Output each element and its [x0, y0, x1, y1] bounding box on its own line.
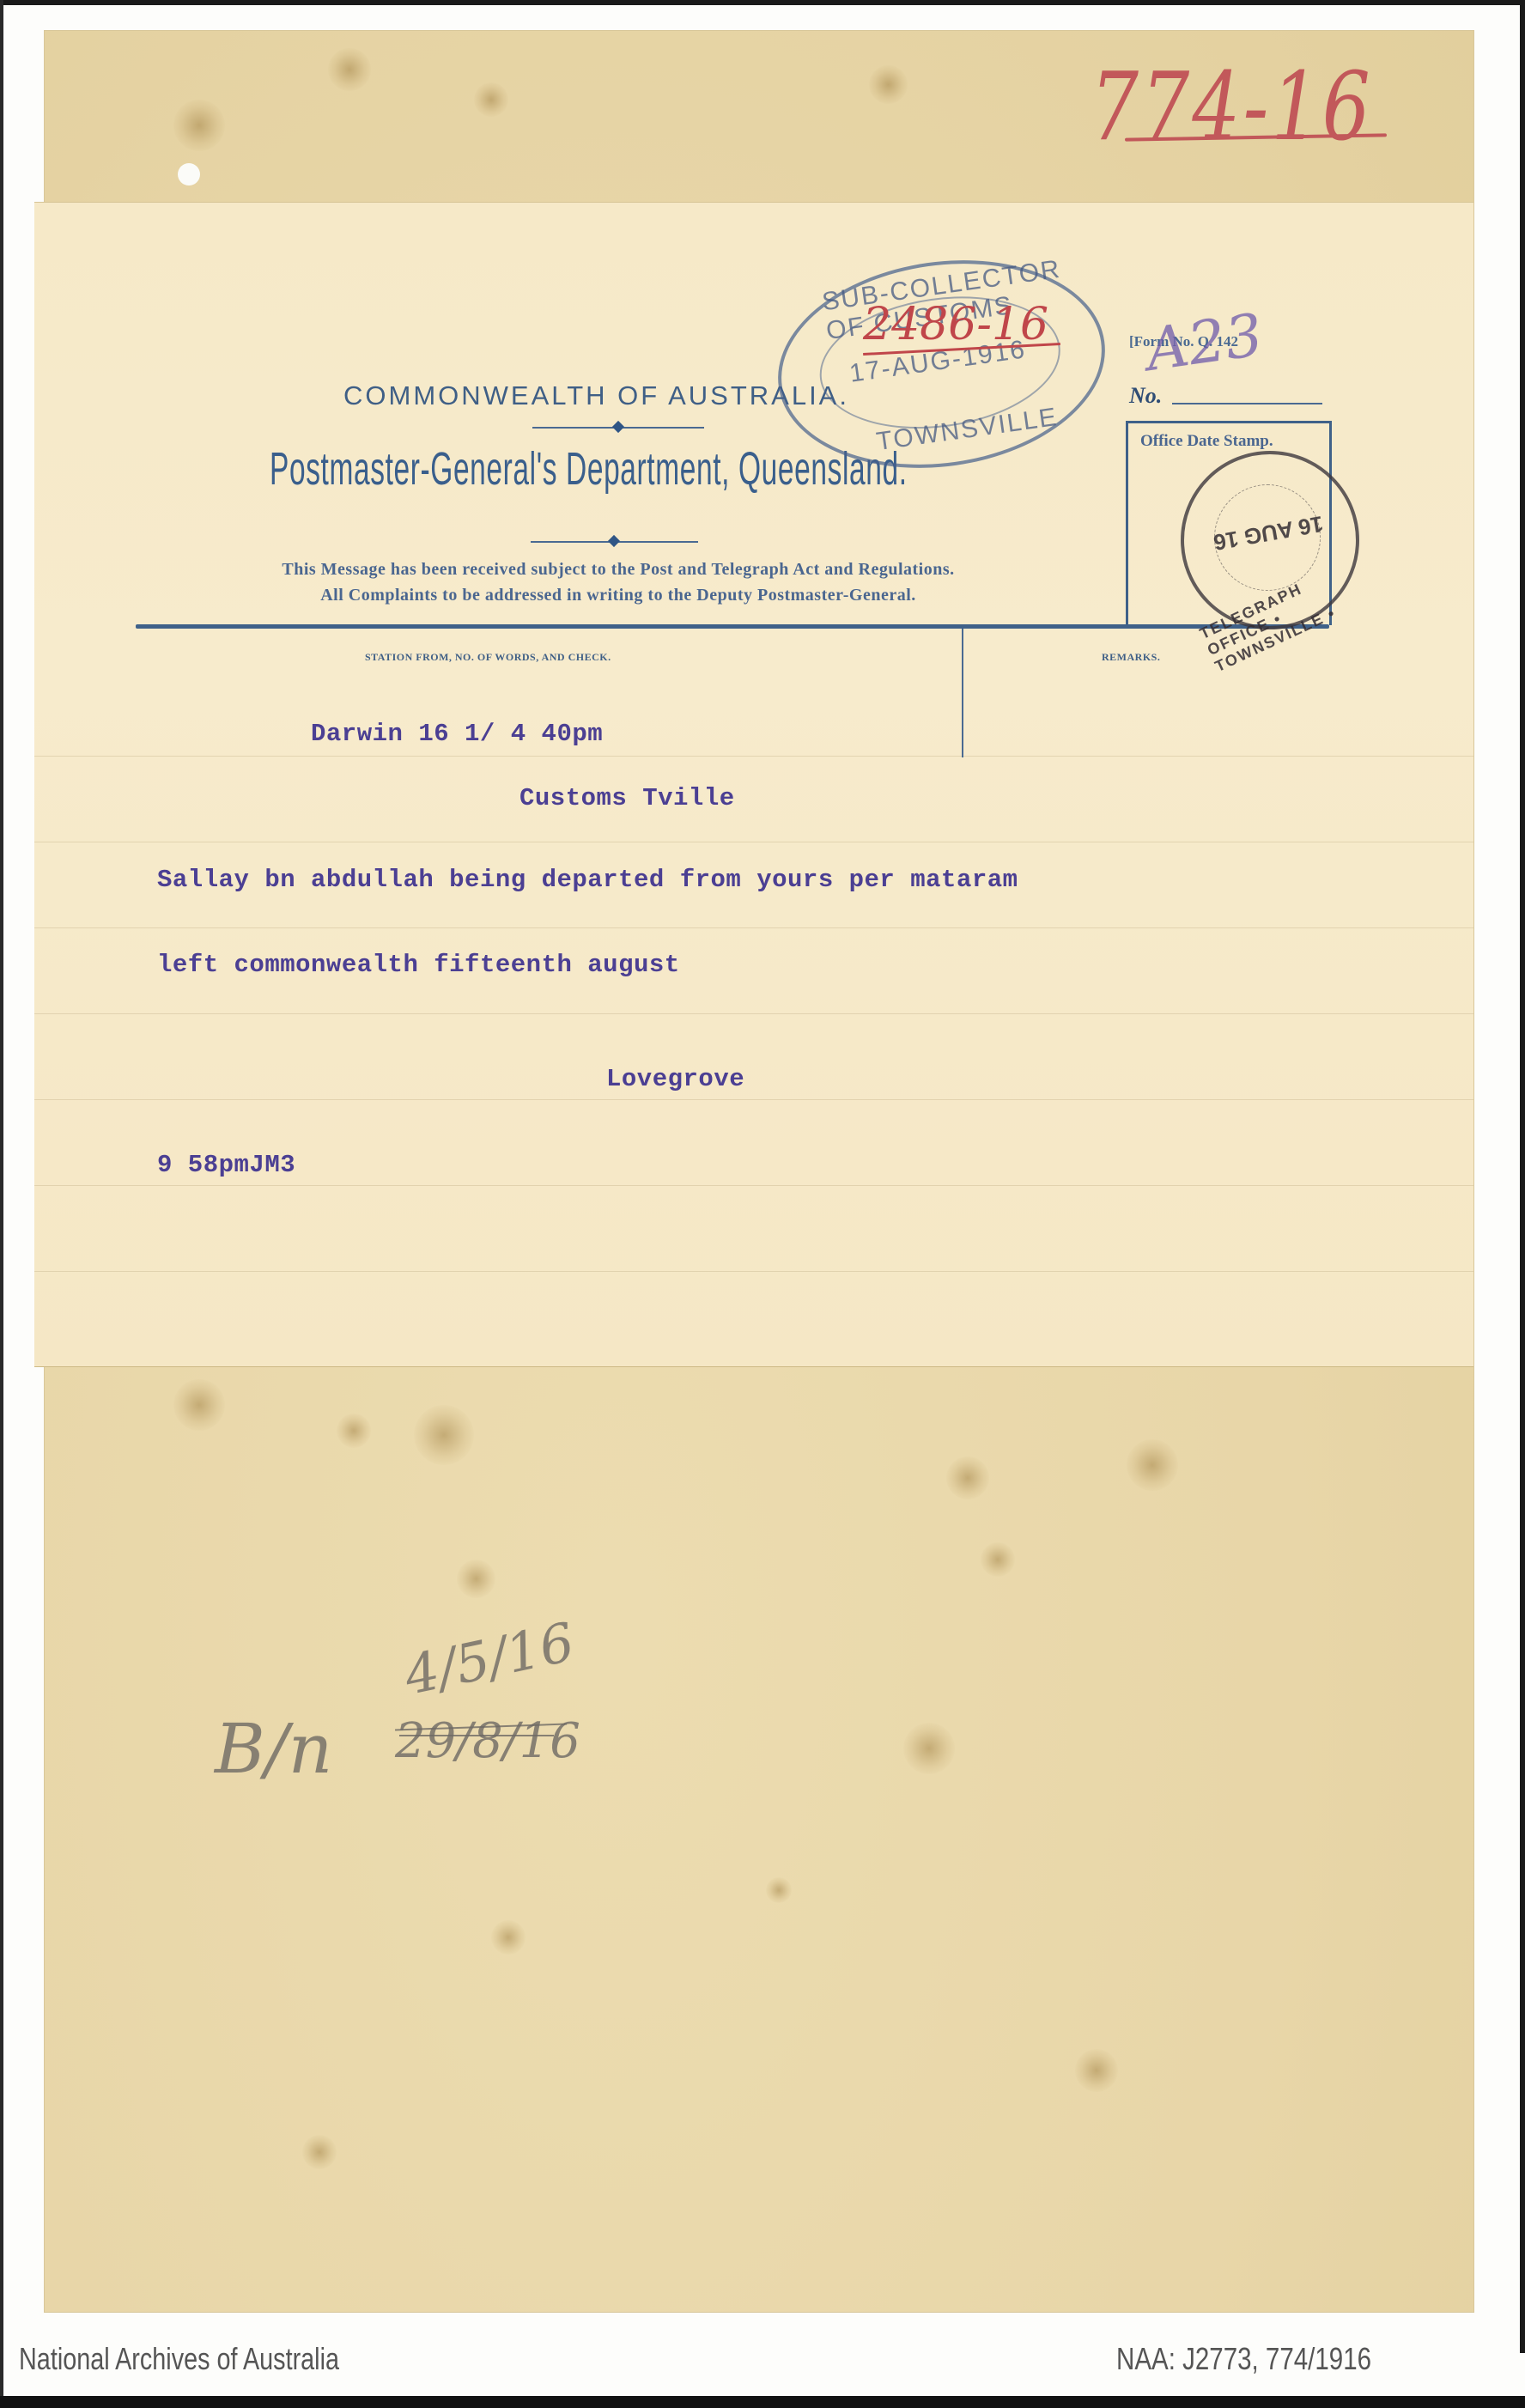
office-date-stamp-label: Office Date Stamp.: [1140, 432, 1273, 451]
message-body-line-2: left commonwealth fifteenth august: [157, 951, 680, 979]
scan-frame-bottom: [0, 2396, 1525, 2408]
received-time: 9 58pmJM3: [157, 1151, 295, 1179]
pencil-strikethrough: [399, 1735, 554, 1736]
ruled-line: [34, 842, 1473, 842]
station-column-header: STATION FROM, NO. OF WORDS, AND CHECK.: [365, 651, 611, 664]
punch-hole: [178, 163, 200, 185]
archive-citation: NAA: J2773, 774/1916: [1116, 2341, 1371, 2377]
customs-handwritten-number: 2486-16: [863, 299, 1048, 350]
form-country-heading: COMMONWEALTH OF AUSTRALIA.: [343, 380, 849, 411]
ruled-line: [34, 1099, 1473, 1100]
station-line: Darwin 16 1/ 4 40pm: [311, 720, 603, 748]
column-divider: [962, 629, 963, 757]
ornamental-separator: [532, 427, 704, 429]
form-department-heading: Postmaster-General's Department, Queensl…: [270, 442, 908, 496]
pencil-initials: B/n: [215, 1709, 332, 1789]
archive-name: National Archives of Australia: [19, 2341, 339, 2377]
no-fill-line: [1172, 403, 1322, 404]
addressee: Customs Tville: [519, 784, 735, 812]
signature: Lovegrove: [606, 1065, 744, 1093]
ruled-line: [34, 1185, 1473, 1186]
scan-frame-right: [1520, 0, 1525, 2353]
scan-frame-left: [0, 0, 3, 2408]
ruled-line: [34, 756, 1473, 757]
telegraph-office-date-stamp: 16 AUG 16 TELEGRAPH OFFICE • TOWNSVILLE …: [1181, 451, 1359, 629]
handwritten-reference-number: 774-16: [1091, 52, 1373, 161]
form-notice-line-2: All Complaints to be addressed in writin…: [129, 586, 1108, 605]
ruled-line: [34, 927, 1473, 928]
remarks-column-header: REMARKS.: [1102, 651, 1160, 664]
ornamental-separator: [531, 541, 698, 543]
pencil-struck-date: 29/8/16: [395, 1713, 580, 1769]
no-label: No.: [1129, 383, 1162, 409]
telegraph-form: [34, 203, 1473, 1366]
ruled-line: [34, 1013, 1473, 1014]
scan-frame-top: [0, 0, 1525, 5]
ruled-line: [34, 1271, 1473, 1272]
form-notice-line-1: This Message has been received subject t…: [129, 560, 1108, 580]
message-body-line-1: Sallay bn abdullah being departed from y…: [157, 866, 1018, 894]
